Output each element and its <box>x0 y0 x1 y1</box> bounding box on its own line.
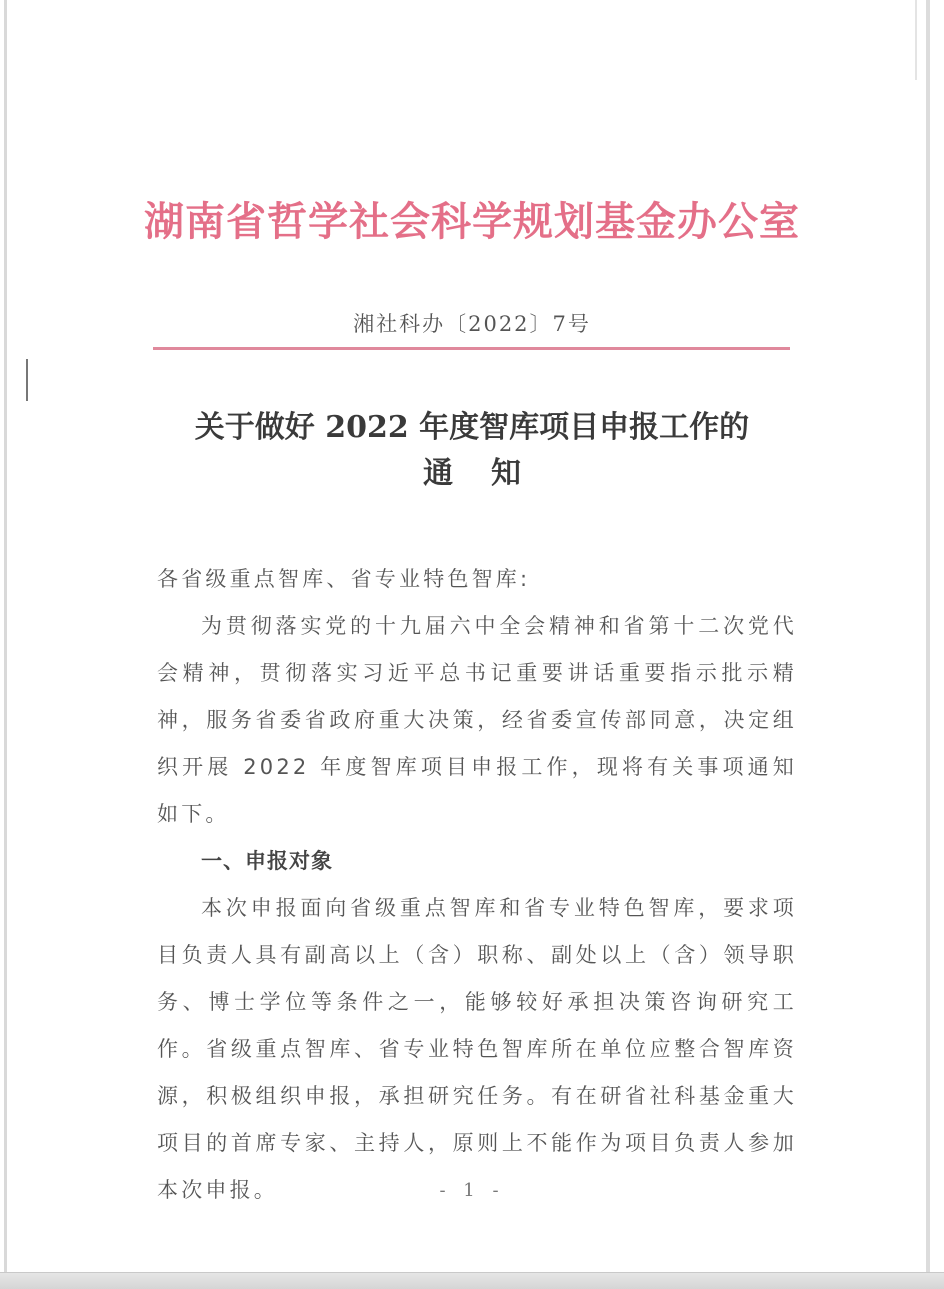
notice-body: 各省级重点智库、省专业特色智库: 为贯彻落实党的十九届六中全会精神和省第十二次党… <box>157 556 797 1214</box>
notice-title: 关于做好 2022 年度智库项目申报工作的 通知 <box>0 405 944 497</box>
section-text-applicants: 本次申报面向省级重点智库和省专业特色智库，要求项目负责人具有副高以上（含）职称、… <box>157 885 797 1214</box>
page-bottom-edge <box>0 1272 944 1289</box>
page-number: - 1 - <box>0 1180 944 1201</box>
issuing-organization-header: 湖南省哲学社会科学规划基金办公室 <box>0 190 944 247</box>
scan-artifact-edge <box>915 0 917 80</box>
salutation: 各省级重点智库、省专业特色智库: <box>157 556 797 603</box>
section-heading-applicants: 一、申报对象 <box>157 838 797 885</box>
notice-title-line-1: 关于做好 2022 年度智库项目申报工作的 <box>0 405 944 451</box>
notice-title-line-2: 通知 <box>0 451 944 497</box>
scan-artifact-mark <box>26 359 28 401</box>
red-divider-line <box>153 347 790 350</box>
document-number: 湘社科办〔2022〕7号 <box>0 308 944 338</box>
intro-paragraph: 为贯彻落实党的十九届六中全会精神和省第十二次党代会精神，贯彻落实习近平总书记重要… <box>157 603 797 838</box>
